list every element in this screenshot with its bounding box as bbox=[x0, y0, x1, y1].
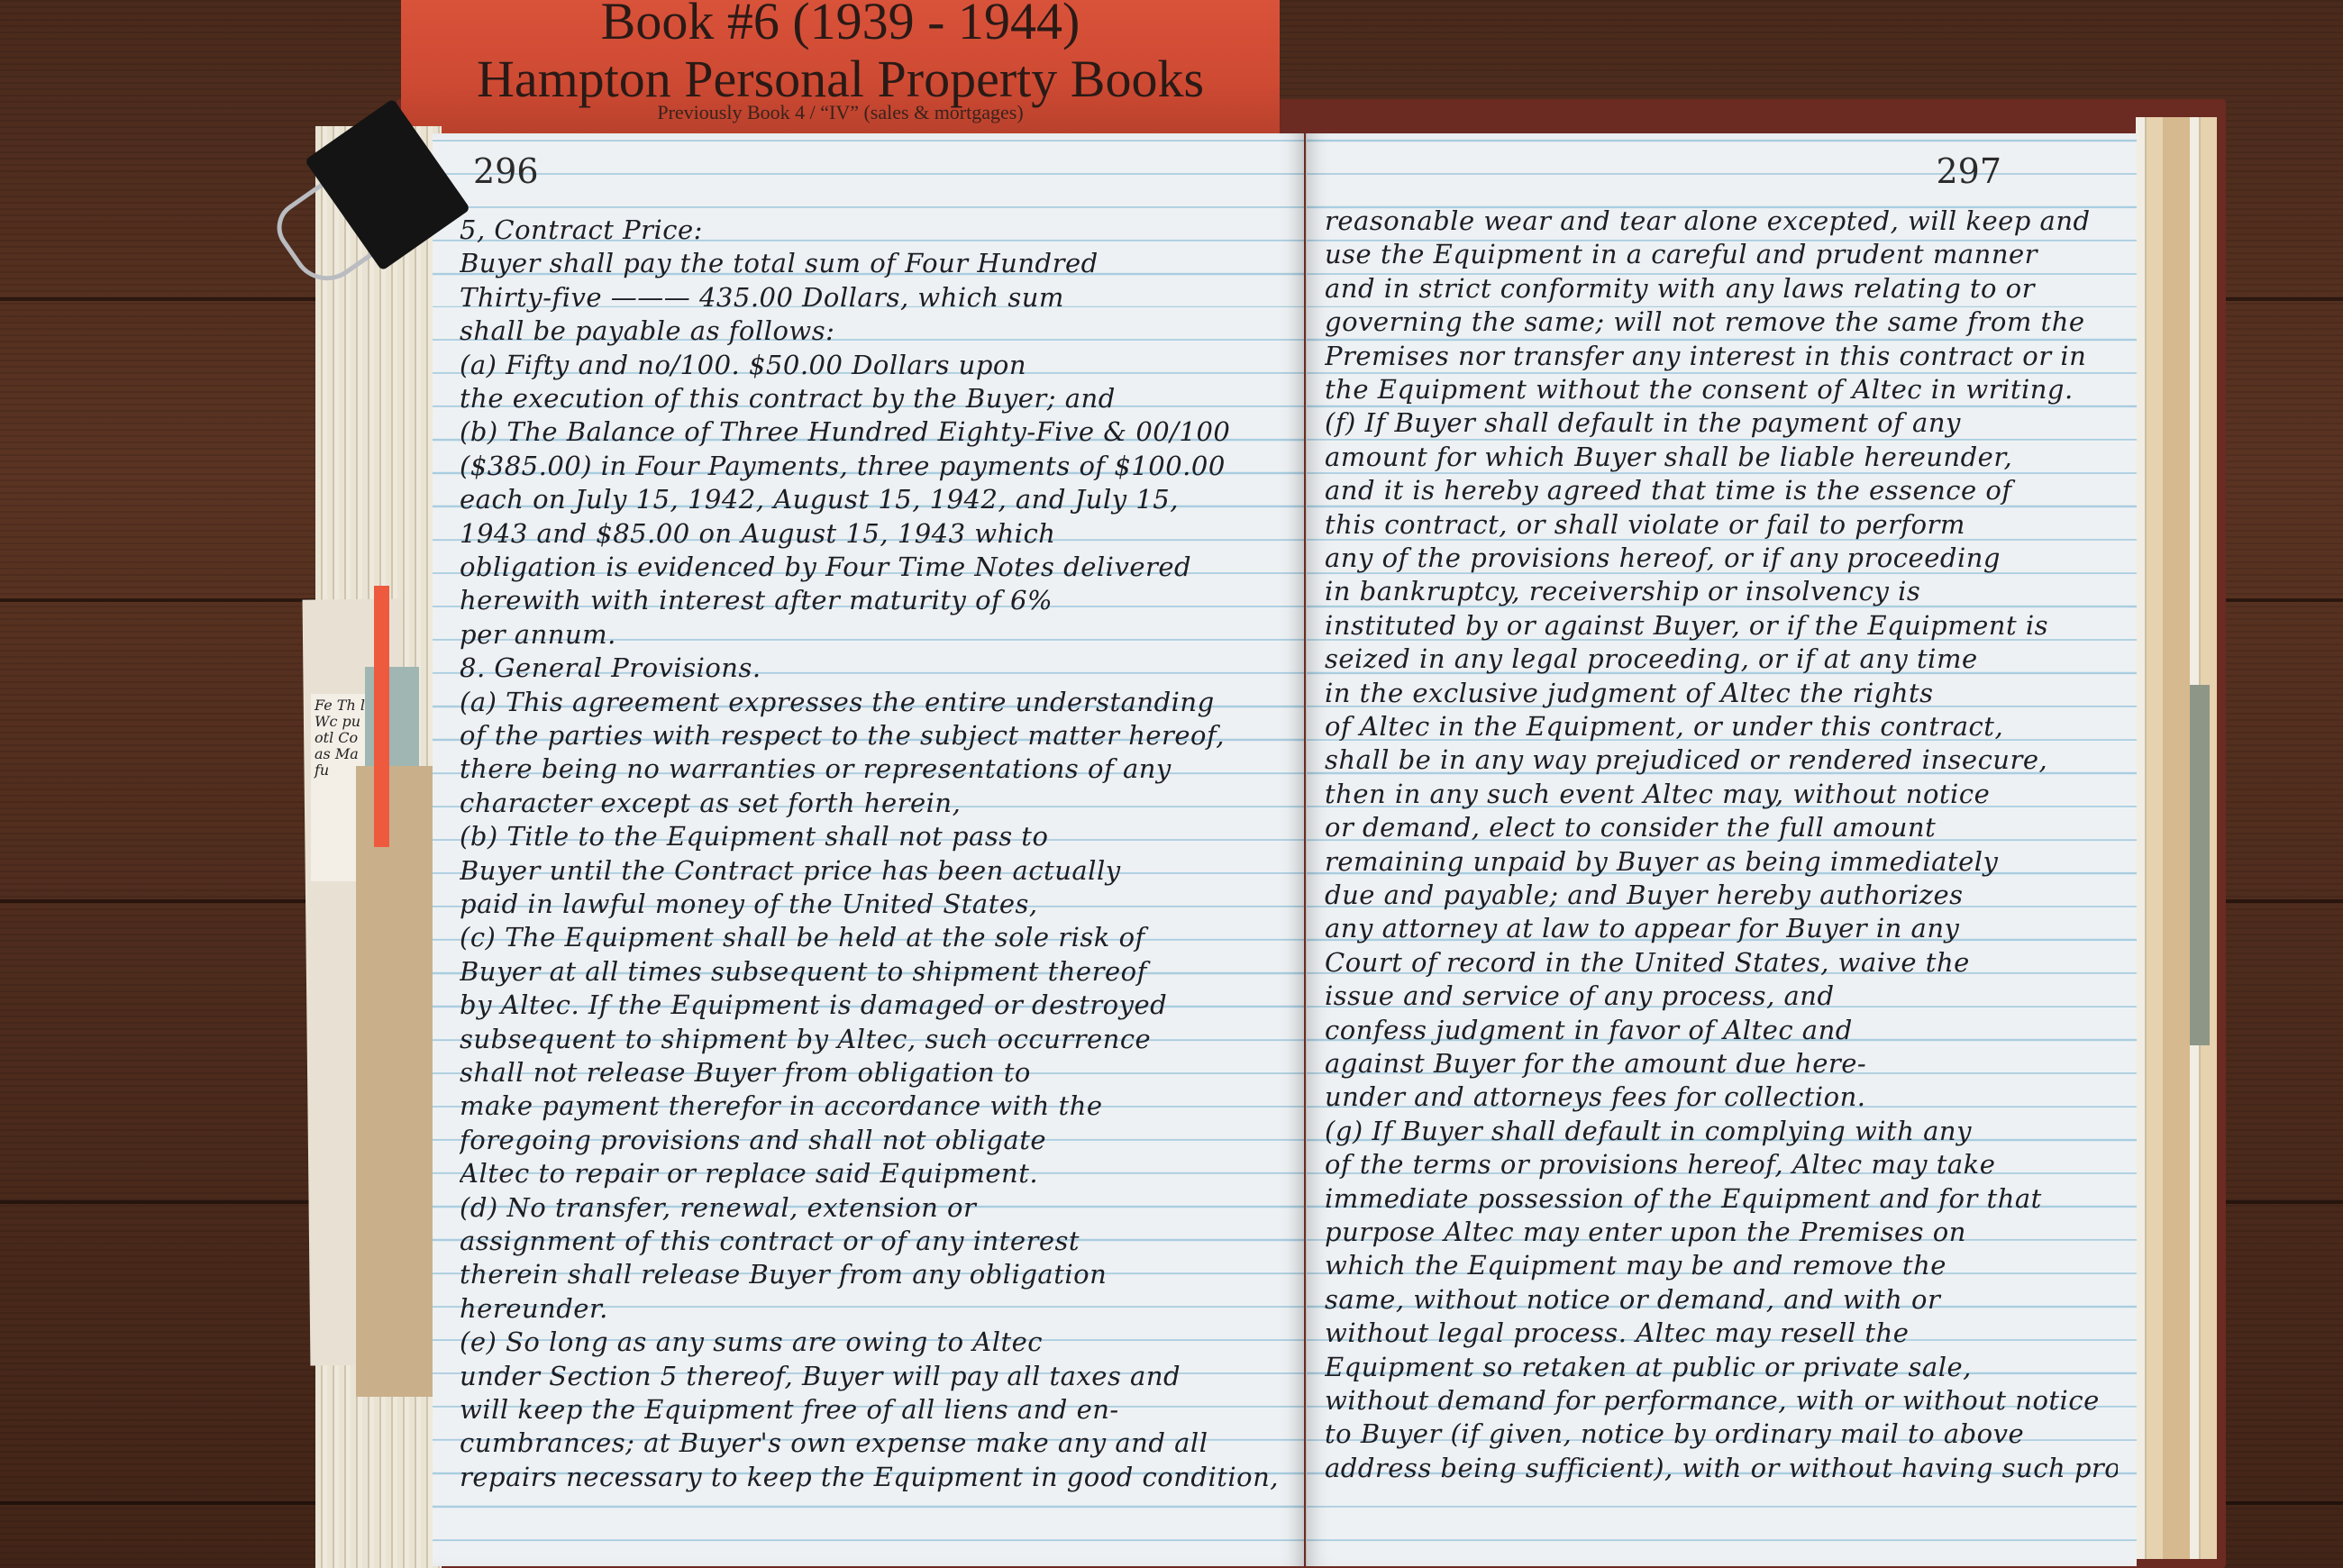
cover-note: Previously Book 4 / “IV” (sales & mortga… bbox=[401, 101, 1280, 124]
handwritten-line: Thirty-five ——— 435.00 Dollars, which su… bbox=[460, 282, 1289, 313]
handwritten-line: therein shall release Buyer from any obl… bbox=[460, 1259, 1289, 1290]
handwritten-line: without demand for performance, with or … bbox=[1325, 1385, 2118, 1416]
handwritten-line: (b) Title to the Equipment shall not pas… bbox=[460, 821, 1289, 852]
handwritten-line: hereunder. bbox=[460, 1293, 1289, 1324]
cover-subtitle: Hampton Personal Property Books bbox=[401, 52, 1280, 106]
handwritten-line: (e) So long as any sums are owing to Alt… bbox=[460, 1326, 1289, 1357]
handwritten-line: confess judgment in favor of Altec and bbox=[1325, 1015, 2118, 1045]
green-bookmark-strip bbox=[2190, 685, 2210, 1045]
handwritten-line: any attorney at law to appear for Buyer … bbox=[1325, 913, 2118, 944]
handwritten-line: under Section 5 thereof, Buyer will pay … bbox=[460, 1361, 1289, 1391]
handwritten-line: Buyer until the Contract price has been … bbox=[460, 855, 1289, 886]
handwritten-line: Equipment so retaken at public or privat… bbox=[1325, 1352, 2118, 1382]
handwritten-line: instituted by or against Buyer, or if th… bbox=[1325, 610, 2118, 641]
handwritten-line: assignment of this contract or of any in… bbox=[460, 1226, 1289, 1256]
handwritten-line: seized in any legal proceeding, or if at… bbox=[1325, 643, 2118, 674]
handwritten-line: any of the provisions hereof, or if any … bbox=[1325, 542, 2118, 573]
handwritten-line: governing the same; will not remove the … bbox=[1325, 306, 2118, 337]
handwritten-line: issue and service of any process, and bbox=[1325, 980, 2118, 1011]
handwritten-line: Buyer at all times subsequent to shipmen… bbox=[460, 956, 1289, 987]
insert-kraft-paper bbox=[356, 766, 442, 1397]
orange-bookmark-strip bbox=[374, 586, 389, 847]
page-right: 297 reasonable wear and tear alone excep… bbox=[1306, 133, 2137, 1566]
handwritten-line: against Buyer for the amount due here- bbox=[1325, 1048, 2118, 1079]
handwritten-line: which the Equipment may be and remove th… bbox=[1325, 1250, 2118, 1281]
handwritten-line: amount for which Buyer shall be liable h… bbox=[1325, 442, 2118, 472]
handwritten-line: (a) Fifty and no/100. $50.00 Dollars upo… bbox=[460, 350, 1289, 380]
page-number: 296 bbox=[473, 151, 539, 191]
handwritten-line: and in strict conformity with any laws r… bbox=[1325, 273, 2118, 304]
handwritten-line: remaining unpaid by Buyer as being immed… bbox=[1325, 846, 2118, 877]
handwritten-line: shall not release Buyer from obligation … bbox=[460, 1057, 1289, 1088]
handwritten-line: by Altec. If the Equipment is damaged or… bbox=[460, 989, 1289, 1020]
handwritten-line: (b) The Balance of Three Hundred Eighty-… bbox=[460, 416, 1289, 447]
handwritten-line: repairs necessary to keep the Equipment … bbox=[460, 1462, 1289, 1492]
handwritten-line: each on July 15, 1942, August 15, 1942, … bbox=[460, 484, 1289, 515]
cover-title: Book #6 (1939 - 1944) bbox=[401, 0, 1280, 49]
handwritten-line: there being no warranties or representat… bbox=[460, 753, 1289, 784]
handwritten-line: purpose Altec may enter upon the Premise… bbox=[1325, 1217, 2118, 1247]
handwritten-line: reasonable wear and tear alone excepted,… bbox=[1325, 205, 2118, 236]
handwritten-line: paid in lawful money of the United State… bbox=[460, 889, 1289, 919]
handwritten-line: character except as set forth herein, bbox=[460, 788, 1289, 818]
handwritten-line: then in any such event Altec may, withou… bbox=[1325, 779, 2118, 809]
handwritten-line: of Altec in the Equipment, or under this… bbox=[1325, 711, 2118, 742]
handwritten-line: (d) No transfer, renewal, extension or bbox=[460, 1192, 1289, 1223]
handwritten-line: will keep the Equipment free of all lien… bbox=[460, 1394, 1289, 1425]
handwritten-line: shall be in any way prejudiced or render… bbox=[1325, 744, 2118, 775]
handwritten-line: obligation is evidenced by Four Time Not… bbox=[460, 552, 1289, 582]
page-left: 296 5, Contract Price: Buyer shall pay t… bbox=[433, 133, 1304, 1566]
handwritten-line: (c) The Equipment shall be held at the s… bbox=[460, 922, 1289, 953]
handwritten-line: or demand, elect to consider the full am… bbox=[1325, 812, 2118, 843]
handwritten-line: immediate possession of the Equipment an… bbox=[1325, 1183, 2118, 1214]
handwritten-line: shall be payable as follows: bbox=[460, 315, 1289, 346]
handwritten-line: per annum. bbox=[460, 619, 1289, 650]
handwritten-line: Premises nor transfer any interest in th… bbox=[1325, 341, 2118, 371]
handwritten-line: subsequent to shipment by Altec, such oc… bbox=[460, 1024, 1289, 1054]
handwritten-line: Court of record in the United States, wa… bbox=[1325, 947, 2118, 978]
handwritten-line: Buyer shall pay the total sum of Four Hu… bbox=[460, 248, 1289, 278]
handwritten-line: due and payable; and Buyer hereby author… bbox=[1325, 880, 2118, 910]
handwritten-line: to Buyer (if given, notice by ordinary m… bbox=[1325, 1418, 2118, 1449]
handwritten-line: 8. General Provisions. bbox=[460, 652, 1289, 683]
handwritten-line: same, without notice or demand, and with… bbox=[1325, 1284, 2118, 1315]
handwritten-line: under and attorneys fees for collection. bbox=[1325, 1081, 2118, 1112]
handwritten-line: 1943 and $85.00 on August 15, 1943 which bbox=[460, 518, 1289, 549]
handwritten-line: the execution of this contract by the Bu… bbox=[460, 383, 1289, 414]
handwritten-line: make payment therefor in accordance with… bbox=[460, 1090, 1289, 1121]
handwritten-line: ($385.00) in Four Payments, three paymen… bbox=[460, 451, 1289, 481]
handwritten-line: in bankruptcy, receivership or insolvenc… bbox=[1325, 576, 2118, 606]
handwritten-line: use the Equipment in a careful and prude… bbox=[1325, 239, 2118, 269]
handwritten-line: herewith with interest after maturity of… bbox=[460, 585, 1289, 615]
handwritten-line: in the exclusive judgment of Altec the r… bbox=[1325, 678, 2118, 708]
handwritten-line: Altec to repair or replace said Equipmen… bbox=[460, 1158, 1289, 1189]
cover-sheet: Book #6 (1939 - 1944) Hampton Personal P… bbox=[401, 0, 1280, 135]
handwritten-line: (g) If Buyer shall default in complying … bbox=[1325, 1116, 2118, 1146]
page-number: 297 bbox=[1936, 151, 2001, 191]
handwritten-line: of the terms or provisions hereof, Altec… bbox=[1325, 1149, 2118, 1180]
handwritten-line: address being sufficient), with or witho… bbox=[1325, 1453, 2118, 1483]
handwritten-line: and it is hereby agreed that time is the… bbox=[1325, 475, 2118, 506]
handwritten-line: without legal process. Altec may resell … bbox=[1325, 1317, 2118, 1348]
handwritten-line: (f) If Buyer shall default in the paymen… bbox=[1325, 407, 2118, 438]
handwritten-line: cumbrances; at Buyer's own expense make … bbox=[460, 1427, 1289, 1458]
handwritten-line: this contract, or shall violate or fail … bbox=[1325, 509, 2118, 540]
handwritten-line: of the parties with respect to the subje… bbox=[460, 720, 1289, 751]
handwritten-line: the Equipment without the consent of Alt… bbox=[1325, 374, 2118, 405]
handwritten-line: (a) This agreement expresses the entire … bbox=[460, 687, 1289, 717]
handwritten-line: foregoing provisions and shall not oblig… bbox=[460, 1125, 1289, 1155]
handwritten-line: 5, Contract Price: bbox=[460, 214, 1289, 245]
